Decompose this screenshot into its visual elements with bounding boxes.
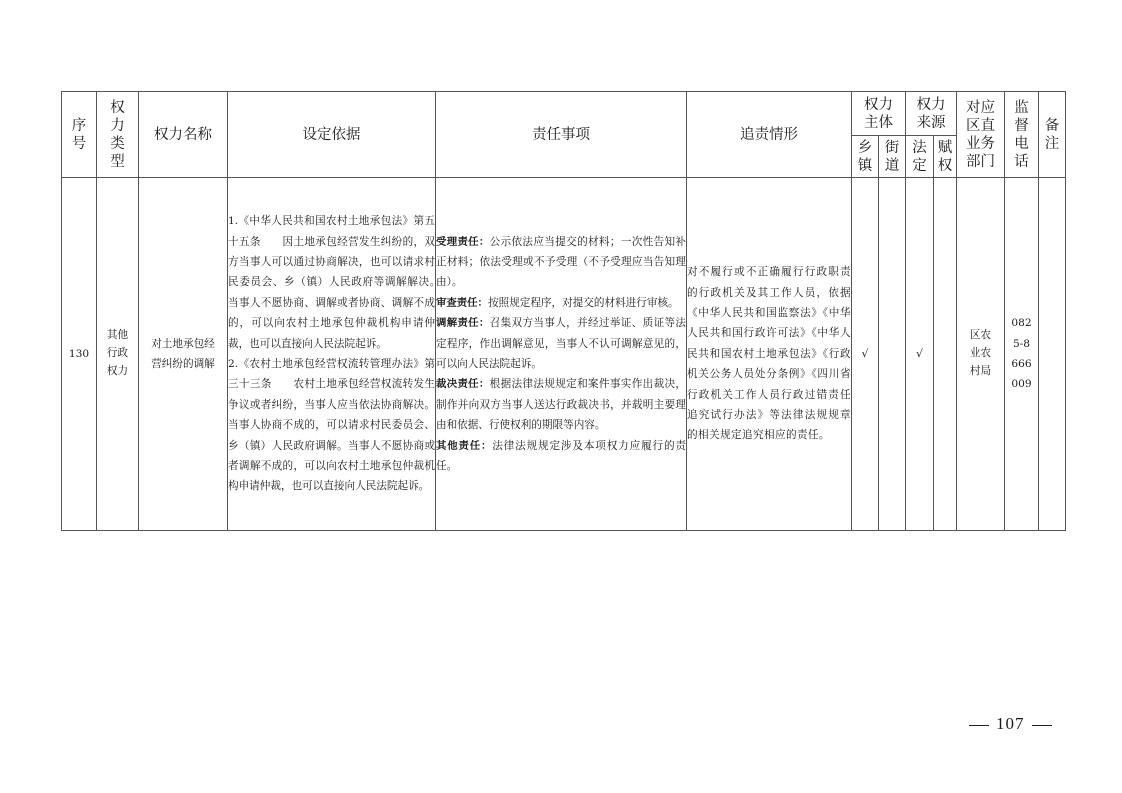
header-power-name: 权力名称: [139, 92, 228, 178]
header-accountability: 追责情形: [687, 92, 852, 178]
header-remarks: 备注: [1039, 92, 1066, 178]
cell-accountability: 对不履行或不正确履行行政职责的行政机关及其工作人员，依据《中华人民共和国监察法》…: [687, 178, 852, 531]
header-subject-street: 街道: [879, 136, 906, 178]
dash-right: [1032, 725, 1052, 726]
phone-line: 5-8: [1005, 334, 1038, 354]
resp-ruling: 裁决责任：根据法律法规规定和案件事实作出裁决，制作并向双方当事人送达行政裁决书，…: [436, 374, 686, 435]
header-source-statutory: 法定: [906, 136, 934, 178]
cell-remarks: [1039, 178, 1066, 531]
basis-item-2: 2.《农村土地承包经营权流转管理办法》第三十三条 农村土地承包经营权流转发生争议…: [228, 354, 435, 497]
resp-review: 审查责任：按照规定程序，对提交的材料进行审核。: [436, 293, 686, 313]
header-source-group: 权力来源: [906, 92, 957, 136]
phone-line: 082: [1005, 313, 1038, 333]
cell-responsibilities: 受理责任：公示依法应当提交的材料；一次性告知补正材料；依法受理或不予受理（不予受…: [436, 178, 687, 531]
header-subject-group: 权力主体: [852, 92, 906, 136]
header-source-granted: 赋权: [934, 136, 957, 178]
phone-line: 009: [1005, 374, 1038, 394]
resp-other: 其他责任：法律法规规定涉及本项权力应履行的责任。: [436, 436, 686, 477]
cell-dept: 区农业农村局: [957, 178, 1005, 531]
cell-granted: [934, 178, 957, 531]
cell-power-name: 对土地承包经营纠纷的调解: [139, 178, 228, 531]
power-list-table: 序号 权力类型 权力名称 设定依据 责任事项 追责情形 权力主体 权力来源 对应…: [61, 91, 1066, 531]
cell-street: [879, 178, 906, 531]
header-basis: 设定依据: [228, 92, 436, 178]
table-row: 130 其他行政权力 对土地承包经营纠纷的调解 1.《中华人民共和国农村土地承包…: [62, 178, 1066, 531]
header-dept: 对应区直业务部门: [957, 92, 1005, 178]
resp-accept: 受理责任：公示依法应当提交的材料；一次性告知补正材料；依法受理或不予受理（不予受…: [436, 232, 686, 293]
cell-power-type: 其他行政权力: [97, 178, 139, 531]
header-seq: 序号: [62, 92, 97, 178]
page-number: 107: [962, 714, 1059, 734]
check-township-icon: √: [852, 178, 879, 531]
header-responsibilities: 责任事项: [436, 92, 687, 178]
resp-mediate: 调解责任：召集双方当事人，并经过举证、质证等法定程序，作出调解意见，当事人不认可…: [436, 313, 686, 374]
cell-phone: 082 5-8 666 009: [1005, 178, 1039, 531]
header-phone: 监督电话: [1005, 92, 1039, 178]
header-subject-township: 乡镇: [852, 136, 879, 178]
page-number-text: 107: [996, 714, 1025, 733]
header-power-type: 权力类型: [97, 92, 139, 178]
dash-left: [969, 725, 989, 726]
basis-item-1: 1.《中华人民共和国农村土地承包法》第五十五条 因土地承包经营发生纠纷的，双方当…: [228, 211, 435, 354]
phone-line: 666: [1005, 354, 1038, 374]
cell-basis: 1.《中华人民共和国农村土地承包法》第五十五条 因土地承包经营发生纠纷的，双方当…: [228, 178, 436, 531]
cell-seq: 130: [62, 178, 97, 531]
check-statutory-icon: √: [906, 178, 934, 531]
